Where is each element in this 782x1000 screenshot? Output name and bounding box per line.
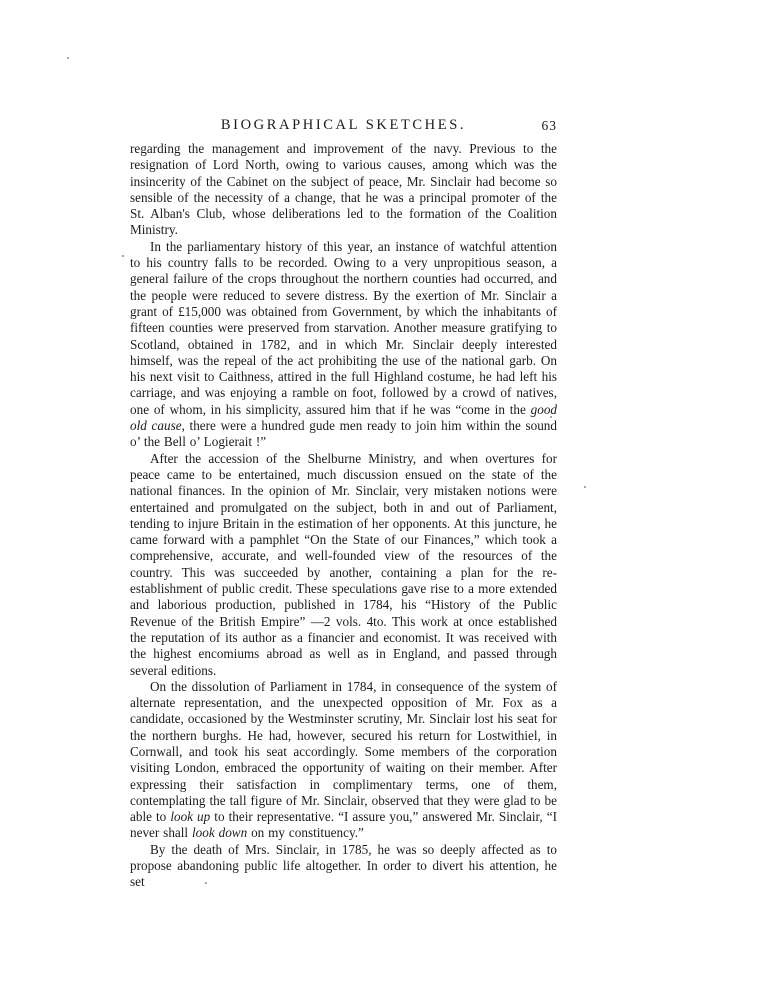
running-head-title: BIOGRAPHICAL SKETCHES. <box>221 117 466 134</box>
scan-speck <box>550 416 552 418</box>
text-segment: On the dissolution of Parliament in 1784… <box>130 679 557 824</box>
paragraph: regarding the management and improvement… <box>130 141 557 239</box>
scan-speck <box>584 486 586 488</box>
paragraph: After the accession of the Shelburne Min… <box>130 451 557 679</box>
italic-text-segment: look down <box>192 825 247 840</box>
text-block: regarding the management and improvement… <box>130 141 557 891</box>
running-head: BIOGRAPHICAL SKETCHES. 63 <box>130 117 557 137</box>
text-segment: By the death of Mrs. Sinclair, in 1785, … <box>130 842 557 890</box>
paragraph: By the death of Mrs. Sinclair, in 1785, … <box>130 842 557 891</box>
text-segment: After the accession of the Shelburne Min… <box>130 451 557 678</box>
scan-speck <box>67 57 69 59</box>
paragraph: In the parliamentary history of this yea… <box>130 239 557 451</box>
page-number: 63 <box>542 118 558 134</box>
text-segment: regarding the management and improvement… <box>130 141 557 237</box>
text-segment: In the parliamentary history of this yea… <box>130 239 557 417</box>
scan-speck <box>122 255 124 257</box>
book-page: BIOGRAPHICAL SKETCHES. 63 regarding the … <box>0 0 782 1000</box>
paragraph: On the dissolution of Parliament in 1784… <box>130 679 557 842</box>
scan-speck <box>205 882 207 884</box>
text-segment: , there were a hundred gude men ready to… <box>130 418 557 449</box>
italic-text-segment: look up <box>170 809 210 824</box>
text-segment: on my constituency.” <box>247 825 364 840</box>
